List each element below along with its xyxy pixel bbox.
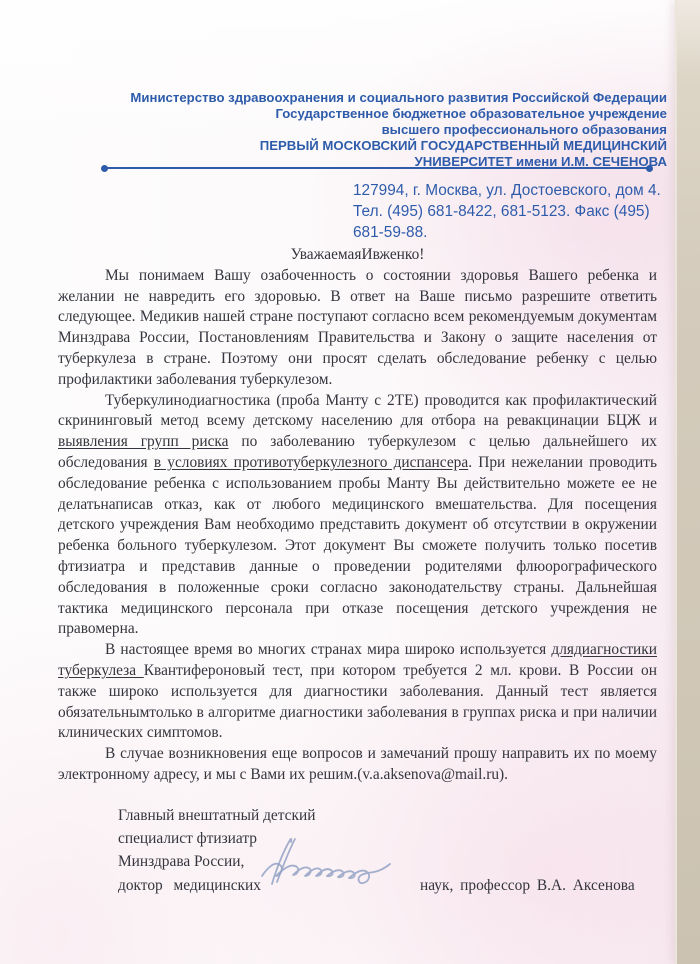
- signer-name: наук, профессор В.А. Аксенова: [420, 874, 635, 897]
- letterhead-university-line-1: ПЕРВЫЙ МОСКОВСКИЙ ГОСУДАРСТВЕННЫЙ МЕДИЦИ…: [60, 138, 667, 154]
- paragraph-4-text: В случае возникновения еще вопросов и за…: [58, 745, 657, 783]
- underlined-dispensary: в условиях противотуберкулезного диспанс…: [154, 454, 468, 471]
- paragraph-2-text-3: . При нежелании проводить обследование р…: [58, 454, 657, 637]
- letter-body: УважаемаяИвженко! Мы понимаем Вашу озабо…: [58, 245, 657, 786]
- scanned-letter-page: Министерство здравоохранения и социально…: [0, 0, 700, 964]
- signer-title-line-1: Главный внештатный детский: [118, 804, 640, 827]
- paragraph-3: В настоящее время во многих странах мира…: [58, 640, 657, 744]
- letterhead-ministry-line: Министерство здравоохранения и социально…: [60, 90, 667, 106]
- address-line-3: 681-59-88.: [353, 223, 661, 244]
- signature-stroke-initial: [272, 839, 291, 884]
- paragraph-4: В случае возникновения еще вопросов и за…: [58, 744, 657, 786]
- letterhead-institution-line: Государственное бюджетное образовательно…: [60, 106, 667, 122]
- paragraph-2: Туберкулинодиагностика (проба Манту с 2Т…: [58, 391, 657, 641]
- letterhead: Министерство здравоохранения и социально…: [60, 90, 667, 170]
- underlined-risk-groups: выявления групп риска: [58, 433, 229, 450]
- paragraph-3-text-2: Квантифероновый тест, при котором требуе…: [58, 662, 657, 741]
- scanner-edge-strip: [675, 0, 700, 964]
- paragraph-3-text: В настоящее время во многих странах мира…: [105, 641, 551, 658]
- greeting: УважаемаяИвженко!: [58, 245, 657, 266]
- address-line-2: Тел. (495) 681-8422, 681-5123. Факс (495…: [353, 202, 661, 223]
- paragraph-1-text: Мы понимаем Вашу озабоченность о состоян…: [58, 267, 657, 388]
- paragraph-1: Мы понимаем Вашу озабоченность о состоян…: [58, 266, 657, 391]
- signature-stroke-scrawl: [262, 864, 390, 883]
- address-line-1: 127994, г. Москва, ул. Достоевского, дом…: [353, 181, 661, 202]
- letterhead-address: 127994, г. Москва, ул. Достоевского, дом…: [353, 181, 661, 243]
- paragraph-2-text: Туберкулинодиагностика (проба Манту с 2Т…: [58, 392, 657, 430]
- letterhead-education-line: высшего профессионального образования: [60, 122, 667, 138]
- handwritten-signature: [256, 832, 398, 888]
- signer-title-line-4: доктор медицинских: [118, 877, 261, 894]
